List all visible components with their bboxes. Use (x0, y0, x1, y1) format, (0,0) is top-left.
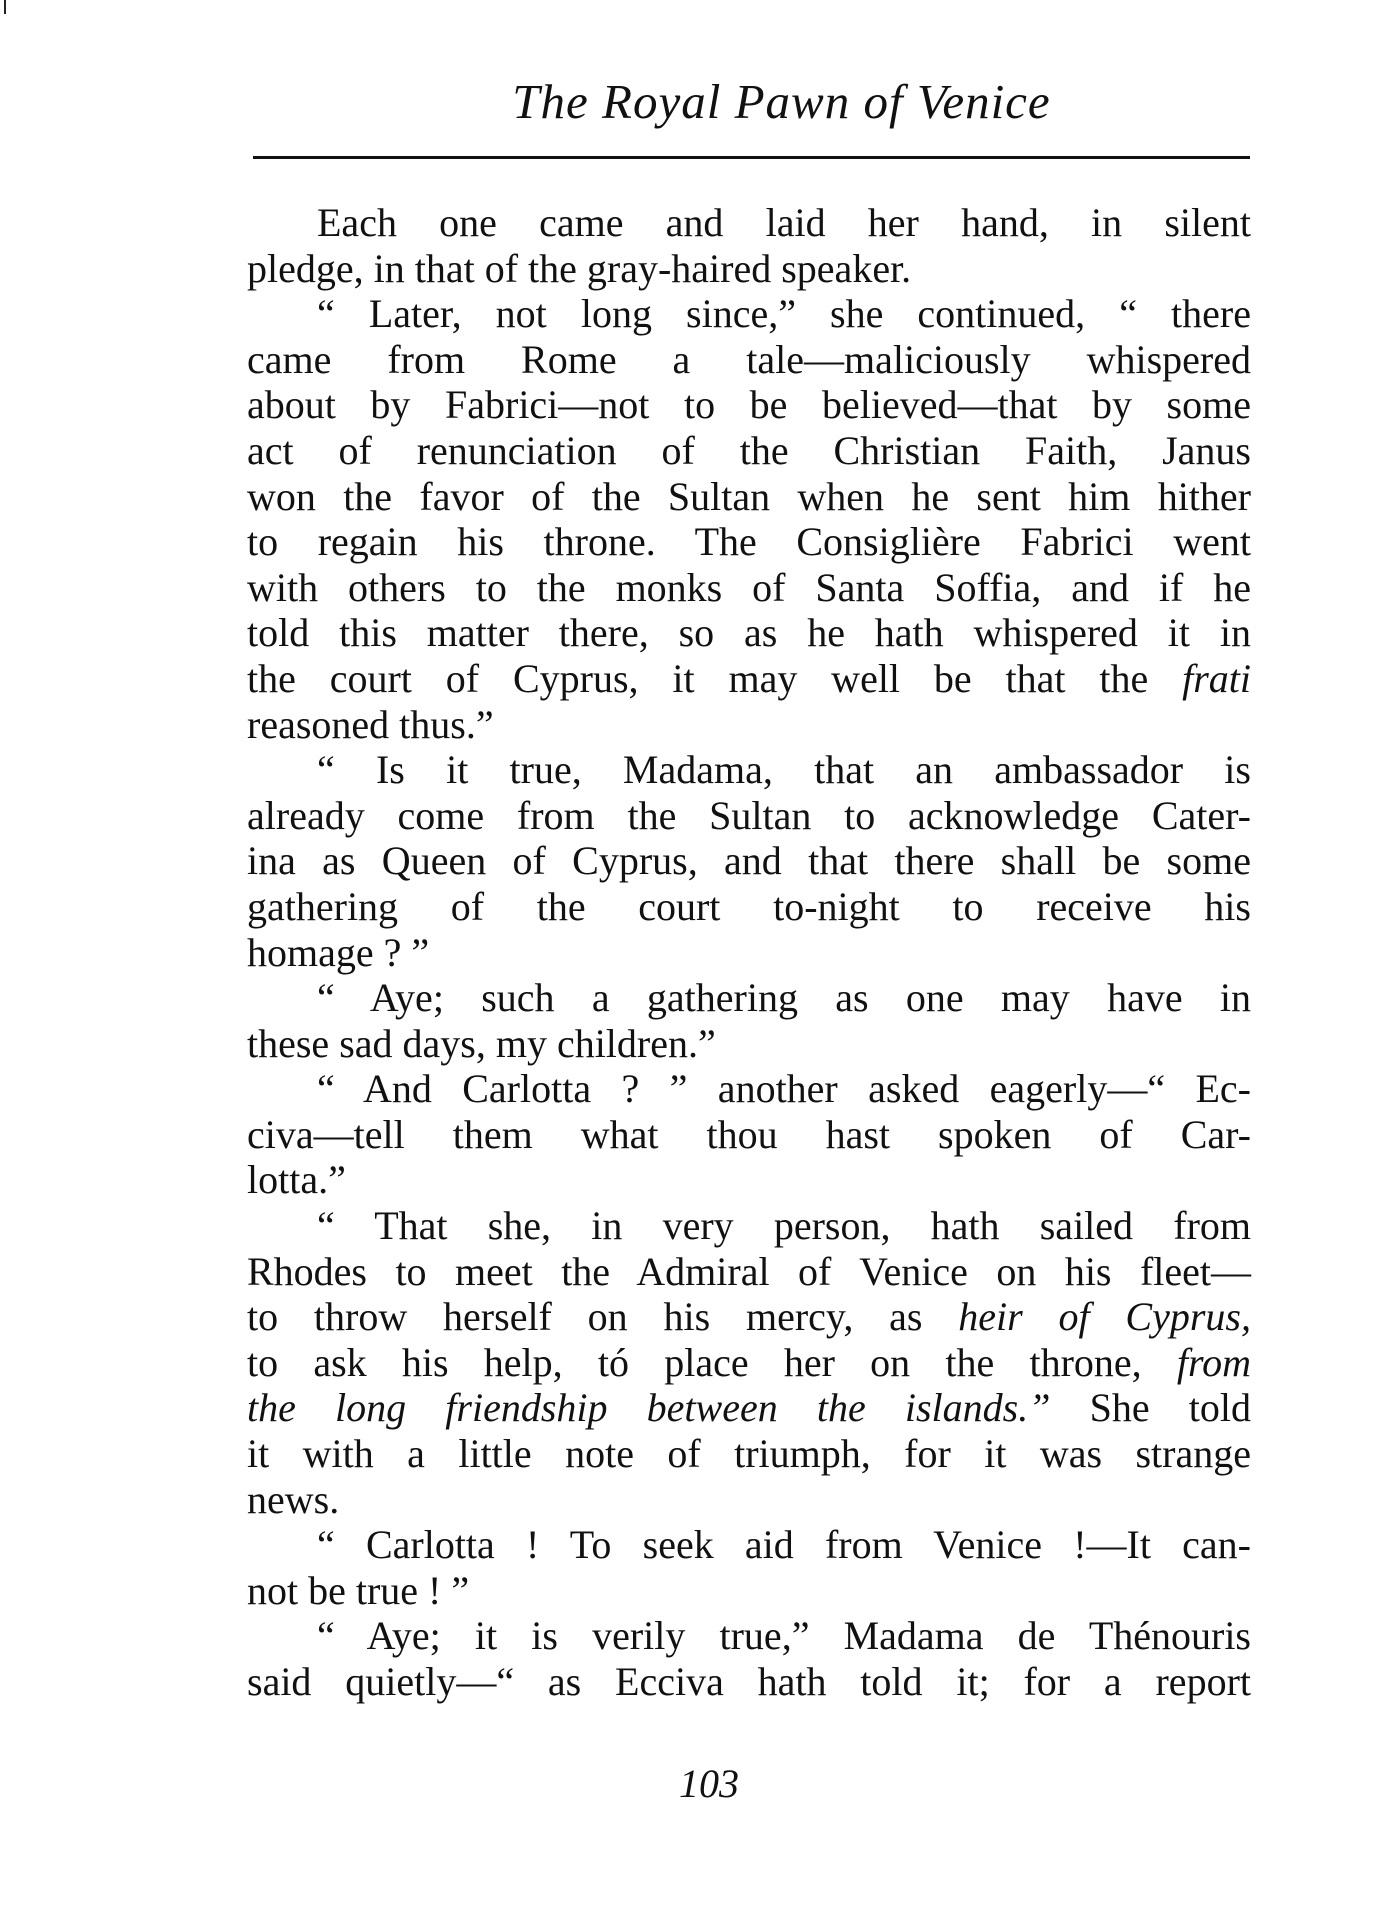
text-line: came from Rome a tale—maliciously whispe… (247, 337, 1251, 383)
text-line: to throw herself on his mercy, as heir o… (247, 1294, 1251, 1340)
text-line: Each one came and laid her hand, in sile… (247, 200, 1251, 246)
text-line: civa—tell them what thou hast spoken of … (247, 1112, 1251, 1158)
italic-phrase: frati (1182, 656, 1251, 701)
text-line: lotta.” (247, 1157, 1251, 1203)
text-line: not be true ! ” (247, 1568, 1251, 1614)
running-head-title: The Royal Pawn of Venice (253, 72, 1250, 132)
text-line: won the favor of the Sultan when he sent… (247, 474, 1251, 520)
text-line: these sad days, my children.” (247, 1021, 1251, 1067)
text-line: ina as Queen of Cyprus, and that there s… (247, 838, 1251, 884)
text-line: Rhodes to meet the Admiral of Venice on … (247, 1249, 1251, 1295)
body-text: Each one came and laid her hand, in sile… (247, 200, 1251, 1705)
text-line: gathering of the court to-night to recei… (247, 884, 1251, 930)
text-line: “ And Carlotta ? ” another asked eagerly… (247, 1066, 1251, 1112)
italic-phrase: from (1177, 1340, 1251, 1385)
text-line: pledge, in that of the gray-haired speak… (247, 246, 1251, 292)
text-line: “ Is it true, Madama, that an ambassador… (247, 747, 1251, 793)
text-line: news. (247, 1477, 1251, 1523)
text-line: “ Later, not long since,” she continued,… (247, 291, 1251, 337)
text-line: “ Aye; such a gathering as one may have … (247, 975, 1251, 1021)
header-rule (253, 156, 1250, 159)
text-line: the court of Cyprus, it may well be that… (247, 656, 1251, 702)
text-line: act of renunciation of the Christian Fai… (247, 428, 1251, 474)
text-line: said quietly—“ as Ecciva hath told it; f… (247, 1659, 1251, 1705)
italic-phrase: the long friendship between the islands.… (247, 1385, 1050, 1430)
text-line: homage ? ” (247, 930, 1251, 976)
text-line: “ That she, in very person, hath sailed … (247, 1203, 1251, 1249)
text-line: to ask his help, tó place her on the thr… (247, 1340, 1251, 1386)
page-number: 103 (0, 1760, 1378, 1807)
text-line: it with a little note of triumph, for it… (247, 1431, 1251, 1477)
text-line: “ Carlotta ! To seek aid from Venice !—I… (247, 1522, 1251, 1568)
text-line: told this matter there, so as he hath wh… (247, 610, 1251, 656)
text-line: reasoned thus.” (247, 702, 1251, 748)
scan-edge-mark (4, 0, 6, 14)
text-line: “ Aye; it is verily true,” Madama de Thé… (247, 1613, 1251, 1659)
italic-phrase: heir of Cyprus, (958, 1294, 1251, 1339)
text-line: about by Fabrici—not to be believed—that… (247, 382, 1251, 428)
text-line: already come from the Sultan to acknowle… (247, 793, 1251, 839)
text-line: with others to the monks of Santa Soffia… (247, 565, 1251, 611)
text-line: the long friendship between the islands.… (247, 1385, 1251, 1431)
text-line: to regain his throne. The Consiglière Fa… (247, 519, 1251, 565)
